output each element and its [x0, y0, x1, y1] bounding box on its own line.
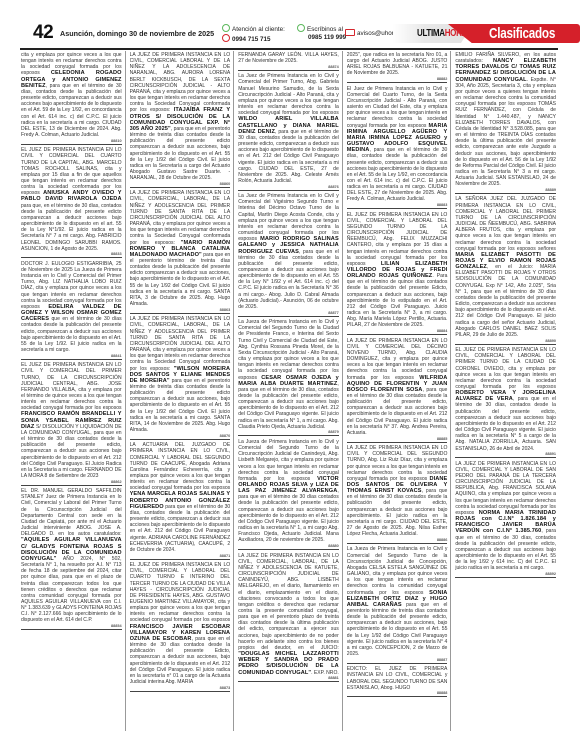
legal-notice: LA JUEZ DE PRIMERA INSTANCIA EN LO CIVIL… [130, 51, 231, 188]
ultimahora-logo: ULTIMAHORA [417, 28, 467, 39]
notice-text: LA JUEZ DE PRIMERA INSTANCIA EN LO CIVIL… [238, 553, 339, 651]
notice-tail: , en el Juicio: MARIA ELIZABET PASOTTI D… [455, 264, 556, 338]
page-number: 42 [33, 22, 53, 44]
legal-notice: EL JUEZ DE PRIMERA INSTANCIA EN LO CIVIL… [21, 146, 122, 258]
notice-code: 88882 [347, 77, 448, 81]
legal-notice: 2025", que radica en la secretaría Nro 0… [347, 51, 448, 83]
notice-text: LA SEÑORA JUEZ DEL JUZGADO DE PRIMERA IN… [455, 196, 556, 251]
notice-tail: que en el término de 30 días contados de… [21, 316, 122, 353]
notice-code: 88874 [238, 65, 339, 69]
notice-code: 88841 [21, 354, 122, 358]
notice-code: 88833 [21, 252, 122, 256]
legal-notice: LA JUEZ DE PRIMERA INSTANCIA EN LO CIVIL… [130, 189, 231, 313]
legal-notice: LA ACTUARIA DEL JUZGADO DE PRIMERA INSTA… [130, 441, 231, 559]
notice-code: 88884 [347, 329, 448, 333]
legal-notice: LA JUEZ DE PRIMERA INSTANCIA EN LO CIVIL… [347, 337, 448, 443]
brand-band: ULTIMAHORA Clasificados [393, 24, 580, 43]
legal-notice: LA JUEZ DE PRIMERA INSTANCIA EN LO CIVIL… [238, 552, 339, 683]
notice-tail: , para que en el término de 30 días cont… [238, 488, 339, 543]
notice-code: 88885 [347, 437, 448, 441]
notice-tail: , para que en el término de 30 días cont… [238, 249, 339, 310]
notice-tail: . Para que en el término de quince días … [347, 273, 448, 328]
notice-code: 88873 [130, 686, 231, 690]
notice-text: EDICTO: EL JUEZ DE PRIMERA INSTANCIA EN … [347, 666, 448, 690]
section-title: Clasificados [489, 25, 555, 42]
notice-text: EL JUEZ DE PRIMERA INSTANCIA EN LO CIVIL… [347, 212, 448, 267]
dateline: Asunción, domingo 30 de noviembre de 202… [60, 29, 214, 38]
notice-text: 2025", que radica en la secretaría Nro 0… [347, 52, 448, 76]
notice-code: 88871 [130, 554, 231, 558]
notice-tail: . Expdte. N° 304, Año 2025, Secretaría 3… [455, 77, 556, 188]
column-2: LA JUEZ DE PRIMERA INSTANCIA EN LO CIVIL… [130, 51, 235, 731]
notice-tail: , para que en el perentorio término de t… [130, 126, 231, 181]
legal-notice: LA JUEZ DE PRIMERA INSTANCIA EN LO CIVIL… [130, 315, 231, 439]
notice-tail: , para que en el término de 30 días cont… [347, 387, 448, 436]
phone-icon [222, 34, 230, 42]
notice-code: 88892 [455, 572, 556, 576]
notice-code: 88887 [347, 658, 448, 662]
notice-code: 88877 [238, 311, 339, 315]
notice-code: 88890 [455, 339, 556, 343]
whatsapp-icon [297, 24, 305, 32]
notice-text: DOCTOR J. EULOGIO ESTIGARRIBIA, 25 de No… [21, 261, 122, 310]
legal-notice: LA JUEZ DE PRIMERA INSTANCIA EN LO CIVIL… [455, 460, 556, 578]
notice-code: 88891 [455, 452, 556, 456]
notice-tail: , para que en el término de 30 días, con… [455, 528, 556, 571]
notice-tail: , para que en el término de 30 días, con… [455, 396, 556, 451]
legal-notice: cita y emplaza por quince veces a los qu… [21, 51, 122, 145]
notice-text: LA JUEZ DE PRIMERA INSTANCIA EN LO CIVIL… [130, 52, 231, 113]
column-1: cita y emplaza por quince veces a los qu… [21, 51, 126, 731]
notice-code: 88879 [238, 430, 339, 434]
legal-notice: EL JUEZ DE PRIMERA INSTANCIA EN LO CIVIL… [455, 346, 556, 458]
notice-text: La Juez de Primera Instancia en lo Civil… [238, 73, 339, 116]
legal-notice: EL JUEZ DE PRIMERA INSTANCIA EN LO CIVIL… [21, 361, 122, 485]
notice-text: EL JUEZ DE PRIMERA INSTANCIA EN LO CIVIL… [21, 147, 122, 196]
legal-notice: LA JUEZ DE PRIMERA INSTANCIA EN LO CIVIL… [347, 444, 448, 544]
customer-service-contact: Atención al cliente: 0994 715 715 [222, 24, 285, 43]
legal-notice: EL JUEZ DE PRIMERA INSTANCIA EN LO CIVIL… [130, 561, 231, 692]
legal-notice: La Jueza de Primera Instancia en lo Civi… [238, 318, 339, 436]
notice-code: 88876 [238, 185, 339, 189]
column-5: EMILIO FARIÑA SILVERO, en los autos cara… [455, 51, 559, 731]
legal-notice: La Jueza de Primera Instancia en lo Civi… [238, 438, 339, 550]
whatsapp-icon [222, 24, 230, 32]
legal-notice: EDICTO: EL JUEZ DE PRIMERA INSTANCIA EN … [347, 665, 448, 697]
customer-service-label: Atención al cliente: [232, 26, 285, 33]
notice-code: 88810 [21, 139, 122, 143]
legal-notice: La Jueza de Primera Instancia en lo Civi… [347, 545, 448, 663]
legal-notice: FERNANDA GARAY LEÓN. VILLA HAYES, 27 de … [238, 51, 339, 71]
notice-text: LA JUEZ DE PRIMERA INSTANCIA EN LO CIVIL… [130, 190, 231, 245]
legal-notice: EMILIO FARIÑA SILVERO, en los autos cara… [455, 51, 556, 194]
notice-text: EL JUEZ DE PRIMERA INSTANCIA EN LO CIVIL… [21, 362, 122, 411]
notice-text: EL DR. MANUEL GERALDO SAFFILDIN STANLEY … [21, 488, 122, 537]
notice-code: 88862 [21, 480, 122, 484]
legal-notice: La Juez de Primera Instancia en lo Civil… [238, 192, 339, 316]
notice-text: EL JUEZ DE PRIMERA INSTANCIA EN LO CIVIL… [130, 562, 231, 623]
notice-code: 88889 [455, 188, 556, 192]
notice-tail: S/ DISOLUCIÓN Y LIQUIDACIÓN DE LA COMUNI… [21, 424, 122, 479]
notice-tail: AÑO 2024, N° 502, Secretaría N° 1, ha re… [21, 556, 122, 624]
write-label: Escríbinos al [307, 26, 343, 33]
notice-text: EL JUEZ DE PRIMERA INSTANCIA EN LO CIVIL… [455, 347, 556, 390]
header-rule [20, 48, 558, 50]
notice-tail: para que, en el término de 30 días, cont… [21, 203, 122, 252]
classifieds-columns: cita y emplaza por quince veces a los qu… [21, 51, 559, 731]
notice-code: 88886 [347, 538, 448, 542]
legal-notice: EL JUEZ DE PRIMERA INSTANCIA EN LO CIVIL… [347, 211, 448, 335]
notice-tail: para que en el perentorio término de tre… [130, 252, 231, 307]
column-3: FERNANDA GARAY LEÓN. VILLA HAYES, 27 de … [238, 51, 343, 731]
legal-notice: DOCTOR J. EULOGIO ESTIGARRIBIA, 25 de No… [21, 260, 122, 360]
mail-icon [345, 29, 355, 36]
column-4: 2025", que radica en la secretaría Nro 0… [347, 51, 452, 731]
notice-text: La Jueza de Primera Instancia en lo Civi… [347, 546, 448, 595]
page-header: 42 Asunción, domingo 30 de noviembre de … [0, 20, 580, 48]
write-phone[interactable]: 0985 119 999 [308, 34, 346, 41]
notice-tail: , para que en el término de 30 días cont… [130, 636, 231, 685]
notice-text: La Jueza de Primera Instancia en lo Civi… [238, 319, 339, 380]
notice-code: 88854 [21, 624, 122, 628]
notice-code: 88863 [130, 308, 231, 312]
notice-code: 88880 [238, 544, 339, 548]
notice-tail: para que en el perentorio término de tre… [347, 602, 448, 657]
notice-tail: , para que en el término de 30 días, con… [238, 129, 339, 184]
notice-code: 88888 [347, 691, 448, 695]
notice-code: 88860 [130, 182, 231, 186]
legal-notice: La Juez de Primera Instancia en lo Civil… [238, 72, 339, 190]
notice-code: 88870 [130, 434, 231, 438]
notice-code: 88881 [238, 676, 339, 680]
notice-tail: , para que en el término de 30 días, con… [347, 147, 448, 202]
notice-text: LA JUEZ DE PRIMERA INSTANCIA EN LO CIVIL… [455, 461, 556, 516]
notice-text: LA ACTUARIA DEL JUZGADO DE PRIMERA INSTA… [130, 442, 231, 491]
notice-text: La Juez de Primera Instancia en lo Civil… [238, 193, 339, 242]
notice-tail: . EXP. NRO. [311, 670, 339, 676]
legal-notice: LA SEÑORA JUEZ DEL JUZGADO DE PRIMERA IN… [455, 195, 556, 344]
notice-text: LA JUEZ DE PRIMERA INSTANCIA EN LO CIVIL… [130, 316, 231, 371]
notice-tail: , para que en el término de 30 días cont… [347, 488, 448, 537]
notice-tail: para que en el término de 30 días, conta… [130, 504, 231, 553]
notice-text: FERNANDA GARAY LEÓN. VILLA HAYES, 27 de … [238, 52, 339, 64]
notice-code: 88883 [347, 203, 448, 207]
customer-service-phone[interactable]: 0994 715 715 [232, 36, 271, 43]
notice-tail: para que en el perentorio término de tre… [130, 378, 231, 433]
legal-notice: EL DR. MANUEL GERALDO SAFFILDIN STANLEY … [21, 487, 122, 630]
legal-notice: El Juez de Primera Instancia en lo Civil… [347, 85, 448, 209]
notice-tail: , para que en el término de 30 días, con… [238, 381, 339, 430]
notice-tail: , para que en el término de 30 días, con… [21, 83, 122, 138]
write-us-contact: Escríbinos al 0985 119 999 [297, 24, 346, 41]
